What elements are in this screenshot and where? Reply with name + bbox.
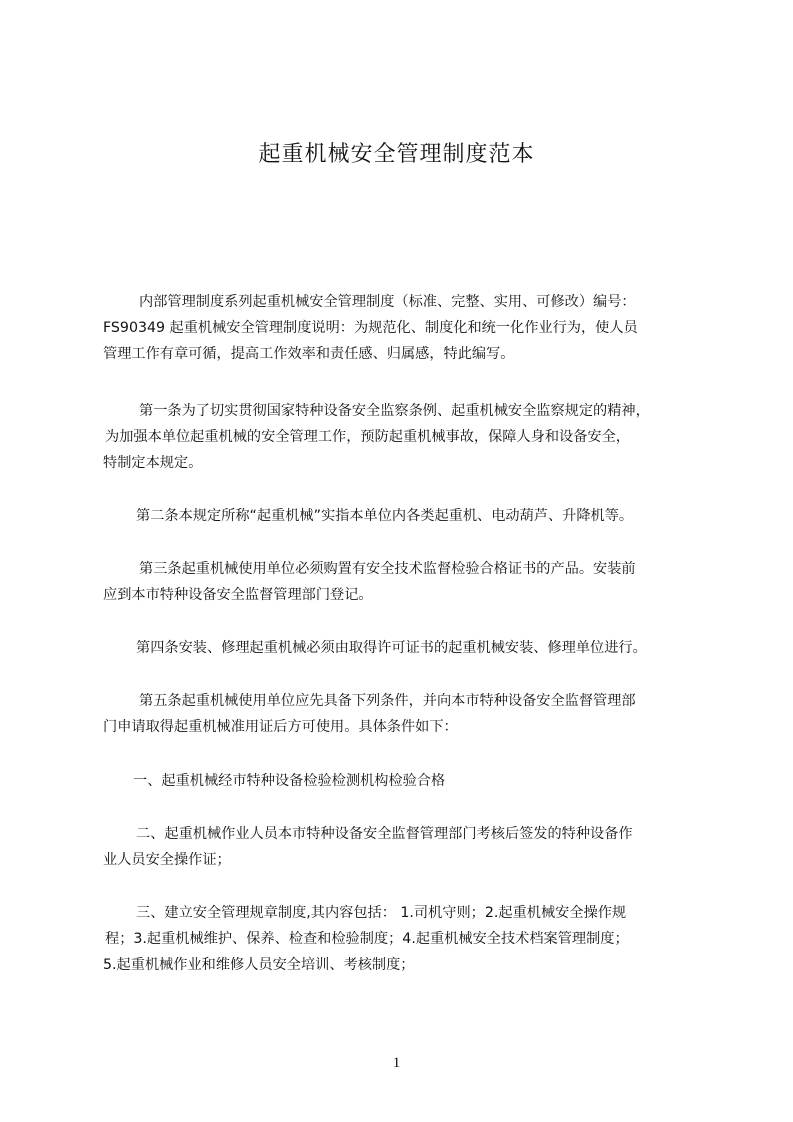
paragraph-line: 特制定本规定。 (103, 453, 202, 473)
paragraph-line: 应到本市特种设备安全监督管理部门登记。 (103, 585, 373, 605)
paragraph-line: 程；3.起重机械维护、保养、检查和检验制度；4.起重机械安全技术档案管理制度； (105, 929, 629, 949)
document-title: 起重机械安全管理制度范本 (0, 140, 793, 170)
paragraph-line: 第二条本规定所称“起重机械”实指本单位内各类起重机、电动葫芦、升降机等。 (136, 506, 633, 526)
paragraph-line: 为加强本单位起重机械的安全管理工作，预防起重机械事故，保障人身和设备安全， (105, 427, 630, 447)
paragraph-line: 业人员安全操作证； (103, 850, 231, 870)
paragraph-line: 一、起重机械经市特种设备检验检测机构检验合格 (133, 771, 445, 791)
paragraph-line: 第一条为了切实贯彻国家特种设备安全监察条例、起重机械安全监察规定的精神， (139, 401, 650, 421)
paragraph-line: 内部管理制度系列起重机械安全管理制度（标准、完整、实用、可修改）编号： (139, 292, 636, 312)
paragraph-line: 第五条起重机械使用单位应先具备下列条件，并向本市特种设备安全监督管理部 (139, 691, 636, 711)
paragraph-line: 三、建立安全管理规章制度,其内容包括： 1.司机守则；2.起重机械安全操作规 (136, 903, 626, 923)
paragraph-line: 第四条安装、修理起重机械必须由取得许可证书的起重机械安装、修理单位进行。 (136, 638, 647, 658)
paragraph-line: 门申请取得起重机械准用证后方可使用。具体条件如下： (103, 717, 458, 737)
paragraph-line: 二、起重机械作业人员本市特种设备安全监督管理部门考核后签发的特种设备作 (136, 824, 633, 844)
paragraph-line: 5.起重机械作业和维修人员安全培训、考核制度； (103, 955, 414, 975)
paragraph-line: 管理工作有章可循，提高工作效率和责任感、归属感，特此编写。 (103, 344, 514, 364)
paragraph-line: 第三条起重机械使用单位必须购置有安全技术监督检验合格证书的产品。安装前 (139, 559, 636, 579)
paragraph-line: FS90349 起重机械安全管理制度说明：为规范化、制度化和统一化作业行为，使人… (103, 318, 638, 338)
page-number: 1 (0, 1055, 793, 1072)
